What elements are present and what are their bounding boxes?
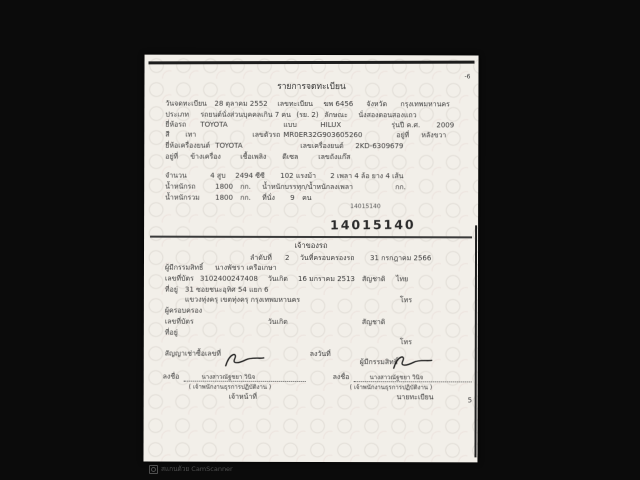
gas-tank-label: เลขถังแก๊ส — [318, 153, 350, 161]
brand-value: TOYOTA — [200, 121, 227, 129]
model-value: HILUX — [320, 121, 341, 129]
cc-value: 2494 ซีซี — [235, 172, 265, 180]
sequence-value: 2 — [285, 254, 289, 262]
load-unit: กก. — [395, 183, 406, 191]
cylinders-label: จำนวน — [165, 172, 187, 180]
address-line1: 31 ซอยชนะอุทิศ 54 แยก 6 — [185, 286, 269, 294]
possession-date-label: วันที่ครอบครองรถ — [300, 254, 355, 262]
vin-pos-label: อยู่ที่ — [396, 131, 409, 139]
signer-name-left: นางสาวณัฐชยา วินิจ — [202, 374, 256, 382]
signer-title-right: นายทะเบียน — [397, 393, 434, 401]
corner-note: -6 — [464, 73, 470, 81]
seats-value: 9 — [290, 194, 294, 202]
province-label: จังหวัด — [366, 100, 387, 108]
seats-label: ที่นั่ง — [262, 194, 275, 202]
engine-pos-value: ข้างเครื่อง — [190, 153, 221, 161]
signer-title-left: เจ้าหน้าที่ — [229, 393, 257, 401]
stamp-number-large: 14015140 — [330, 221, 416, 230]
hire-purchase-contract-label: สัญญาเช่าซื้อเลขที่ — [165, 350, 221, 358]
gross-weight-unit: กก. — [240, 194, 251, 202]
engine-brand-value: TOYOTA — [215, 142, 242, 150]
engine-no-label: เลขเครื่องยนต์ — [300, 142, 343, 150]
color-label: สี — [165, 131, 169, 139]
weight-value: 1800 — [215, 183, 233, 191]
hp-value: 102 แรงม้า — [280, 172, 316, 180]
possessor-id-label: เลขที่บัตร — [165, 318, 194, 326]
owner-label: ผู้มีกรรมสิทธิ์ — [165, 264, 203, 272]
possessor-phone-label: โทร — [400, 338, 412, 346]
stamp-number-small: 14015140 — [350, 203, 381, 211]
brand-label: ยี่ห้อรถ — [165, 121, 186, 129]
province-value: กรุงเทพมหานคร — [400, 100, 449, 108]
camscanner-watermark: สแกนด้วย CamScanner — [149, 464, 233, 474]
reg-date-value: 28 ตุลาคม 2552 — [214, 100, 267, 108]
screen: { "scanner": { "watermark": "สแกนด้วย Ca… — [0, 0, 640, 480]
nationality-label: สัญชาติ — [362, 275, 385, 283]
signature-left — [222, 351, 266, 371]
fuel-value: ดีเซล — [282, 153, 298, 161]
page-number: 5 — [468, 396, 472, 404]
year-value: 2009 — [436, 121, 454, 129]
owner-section-header: เจ้าของรถ — [144, 242, 478, 251]
axle-wheel-tire-value: 2 เพลา 4 ล้อ ยาง 4 เส้น — [330, 172, 403, 180]
fuel-label: เชื้อเพลิง — [240, 153, 266, 161]
engine-no-value: 2KD-6309679 — [355, 142, 403, 150]
load-label: น้ำหนักบรรทุก/น้ำหนักลงเพลา — [262, 183, 353, 191]
id-card-label: เลขที่บัตร — [165, 275, 194, 283]
body-value: นั่งสองตอนสองแถว — [358, 111, 416, 119]
signer-role-left: ( เจ้าพนักงานธุรการปฏิบัติงาน ) — [189, 384, 272, 392]
vin-value: MR0ER32G903605260 — [283, 131, 362, 139]
owner-name: นางพัชรา เครือเกษา — [215, 264, 277, 272]
sign-label-right: ลงชื่อ — [333, 373, 350, 381]
address-label: ที่อยู่ — [165, 286, 178, 294]
camscanner-text: สแกนด้วย CamScanner — [161, 464, 233, 474]
signer-role-right: ( เจ้าพนักงานธุรการปฏิบัติงาน ) — [350, 384, 433, 392]
sign-label-left: ลงชื่อ — [163, 373, 180, 381]
sequence-label: ลำดับที่ — [250, 254, 272, 262]
vin-pos-value: หลังขวา — [421, 131, 446, 139]
model-label: แบบ — [283, 121, 296, 129]
possessor-birth-label: วันเกิด — [268, 318, 288, 326]
document-title: รายการจดทะเบียน — [144, 83, 478, 92]
possession-date-value: 31 กรกฎาคม 2566 — [370, 254, 431, 262]
gross-weight-value: 1800 — [215, 194, 233, 202]
document-text-layer: -6 รายการจดทะเบียน วันจดทะเบียน 28 ตุลาค… — [143, 55, 478, 463]
camscanner-icon — [149, 465, 158, 474]
type-value: รถยนต์นั่งส่วนบุคคลเกิน 7 คน — [200, 111, 291, 119]
year-label: รุ่นปี ค.ศ. — [391, 121, 420, 129]
type-code: (รย. 2) — [296, 111, 318, 119]
possessor-address-label: ที่อยู่ — [165, 329, 178, 337]
signature-right — [390, 353, 434, 373]
birth-value: 16 มกราคม 2513 — [298, 275, 355, 283]
plate-value: ฆพ 6456 — [323, 100, 353, 108]
type-label: ประเภท — [165, 111, 189, 119]
vin-label: เลขตัวรถ — [252, 131, 280, 139]
engine-pos-label: อยู่ที่ — [165, 153, 178, 161]
body-label: ลักษณะ — [324, 111, 347, 119]
gross-weight-label: น้ำหนักรวม — [165, 194, 200, 202]
signer-name-right: นางสาวณัฐชยา วินิจ — [370, 374, 424, 382]
birth-label: วันเกิด — [268, 275, 288, 283]
address-line2: แขวงทุ่งครุ เขตทุ่งครุ กรุงเทพมหานคร — [185, 296, 300, 304]
plate-label: เลขทะเบียน — [277, 100, 313, 108]
color-value: เทา — [185, 131, 196, 139]
nationality-value: ไทย — [396, 275, 408, 283]
possessor-label: ผู้ครอบครอง — [165, 307, 202, 315]
cylinders-value: 4 สูบ — [210, 172, 225, 180]
possessor-nationality-label: สัญชาติ — [362, 318, 385, 326]
phone-label: โทร — [400, 296, 412, 304]
engine-brand-label: ยี่ห้อเครื่องยนต์ — [165, 142, 210, 150]
seats-unit: คน — [302, 194, 311, 202]
contract-date-label: ลงวันที่ — [310, 350, 331, 358]
reg-date-label: วันจดทะเบียน — [165, 100, 206, 108]
id-card-value: 3102400247408 — [200, 275, 258, 283]
weight-unit: กก. — [240, 183, 251, 191]
document-sheet: -6 รายการจดทะเบียน วันจดทะเบียน 28 ตุลาค… — [143, 55, 478, 463]
weight-label: น้ำหนักรถ — [165, 183, 195, 191]
